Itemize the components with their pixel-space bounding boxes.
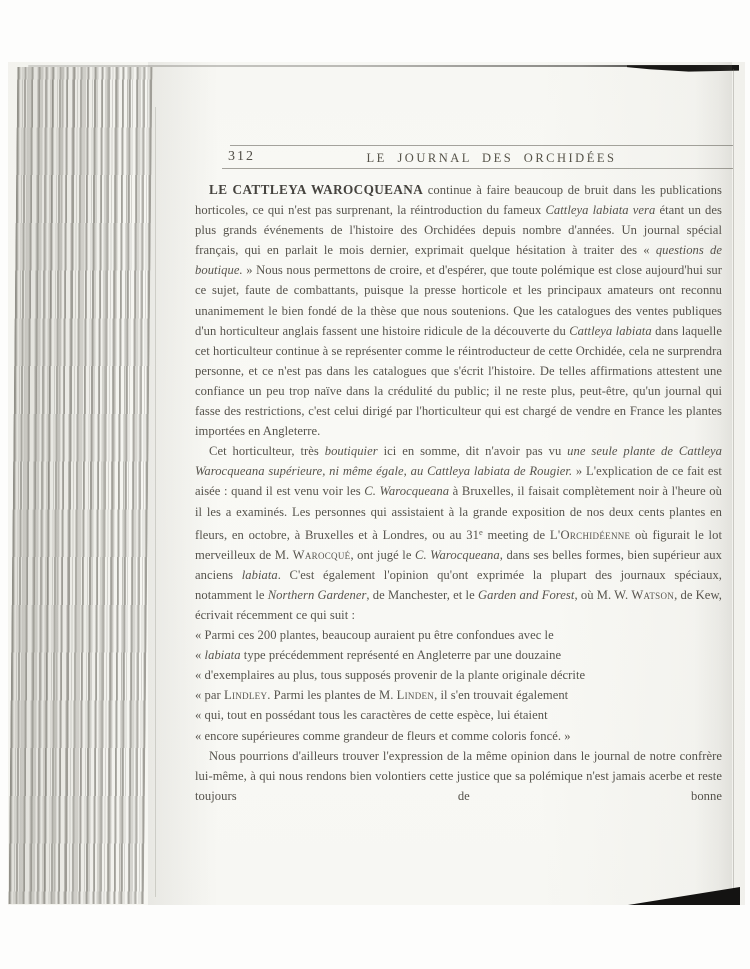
text-run: , il s'en trouvait également (434, 688, 568, 702)
text-run: dans laquelle cet horticulteur continue … (195, 324, 722, 438)
text-run: « Parmi ces 200 plantes, beaucoup auraie… (195, 628, 554, 642)
text-run: Lindley (224, 688, 267, 702)
quote-line: « qui, tout en possédant tous les caract… (195, 705, 722, 725)
header-rule-bottom (222, 168, 733, 169)
text-run: boutiquier (325, 444, 378, 458)
text-run: , de Manchester, et le (366, 588, 478, 602)
text-run: labiata (205, 648, 241, 662)
quote-line: « encore supérieures comme grandeur de f… (195, 726, 722, 746)
text-run: Garden and Forest (478, 588, 574, 602)
article-body: LE CATTLEYA WAROCQUEANA continue à faire… (195, 180, 722, 806)
journal-title: LE JOURNAL DES ORCHIDÉES (250, 151, 733, 166)
text-run: Watson (631, 588, 674, 602)
text-run: « encore supérieures comme grandeur de f… (195, 729, 571, 743)
text-run: Cet horticulteur, très (209, 444, 325, 458)
text-run: « qui, tout en possédant tous les caract… (195, 708, 548, 722)
text-run: labiata (242, 568, 278, 582)
quote-line: « labiata type précédemment représenté e… (195, 645, 722, 665)
text-run: meeting de (483, 528, 550, 542)
text-run: Warocqué (293, 548, 351, 562)
text-run: C. Warocqueana (364, 484, 449, 498)
quote-line: « Parmi ces 200 plantes, beaucoup auraie… (195, 625, 722, 645)
text-run: Northern Gardener (268, 588, 367, 602)
text-run: « par (195, 688, 224, 702)
paragraph: LE CATTLEYA WAROCQUEANA continue à faire… (195, 180, 722, 441)
text-run: LE CATTLEYA WAROCQUEANA (209, 182, 423, 197)
text-run: Cattleya labiata vera (545, 203, 655, 217)
text-run: « d'exemplaires au plus, tous supposés p… (195, 668, 585, 682)
book-fore-edge-stripes (9, 67, 153, 904)
text-run: type précédemment représenté en Angleter… (241, 648, 562, 662)
text-run: Linden (397, 688, 435, 702)
text-run: Nous pourrions d'ailleurs trouver l'expr… (195, 749, 722, 803)
book-scan: 312 LE JOURNAL DES ORCHIDÉES LE CATTLEYA… (8, 62, 745, 905)
quote-block: « Parmi ces 200 plantes, beaucoup auraie… (195, 625, 722, 746)
text-run: , ont jugé le (350, 548, 415, 562)
paragraph: Nous pourrions d'ailleurs trouver l'expr… (195, 746, 722, 806)
scanned-book-page: 312 LE JOURNAL DES ORCHIDÉES LE CATTLEYA… (0, 0, 750, 969)
text-run: . Parmi les plantes de M. (267, 688, 396, 702)
quote-line: « d'exemplaires au plus, tous supposés p… (195, 665, 722, 685)
header-rule-top (230, 145, 733, 146)
text-run: ici en somme, dit n'avoir pas vu (378, 444, 567, 458)
page-right-edge-line (733, 69, 735, 891)
text-run: Cattleya labiata (569, 324, 651, 338)
text-run: L'Orchidéenne (550, 528, 630, 542)
quote-line: « par Lindley. Parmi les plantes de M. L… (195, 685, 722, 705)
paragraph: Cet horticulteur, très boutiquier ici en… (195, 441, 722, 625)
text-run: C. Warocqueana (415, 548, 500, 562)
scan-bottom-right-shadow (628, 887, 740, 905)
text-run: « (195, 648, 205, 662)
text-run: , où M. W. (574, 588, 631, 602)
